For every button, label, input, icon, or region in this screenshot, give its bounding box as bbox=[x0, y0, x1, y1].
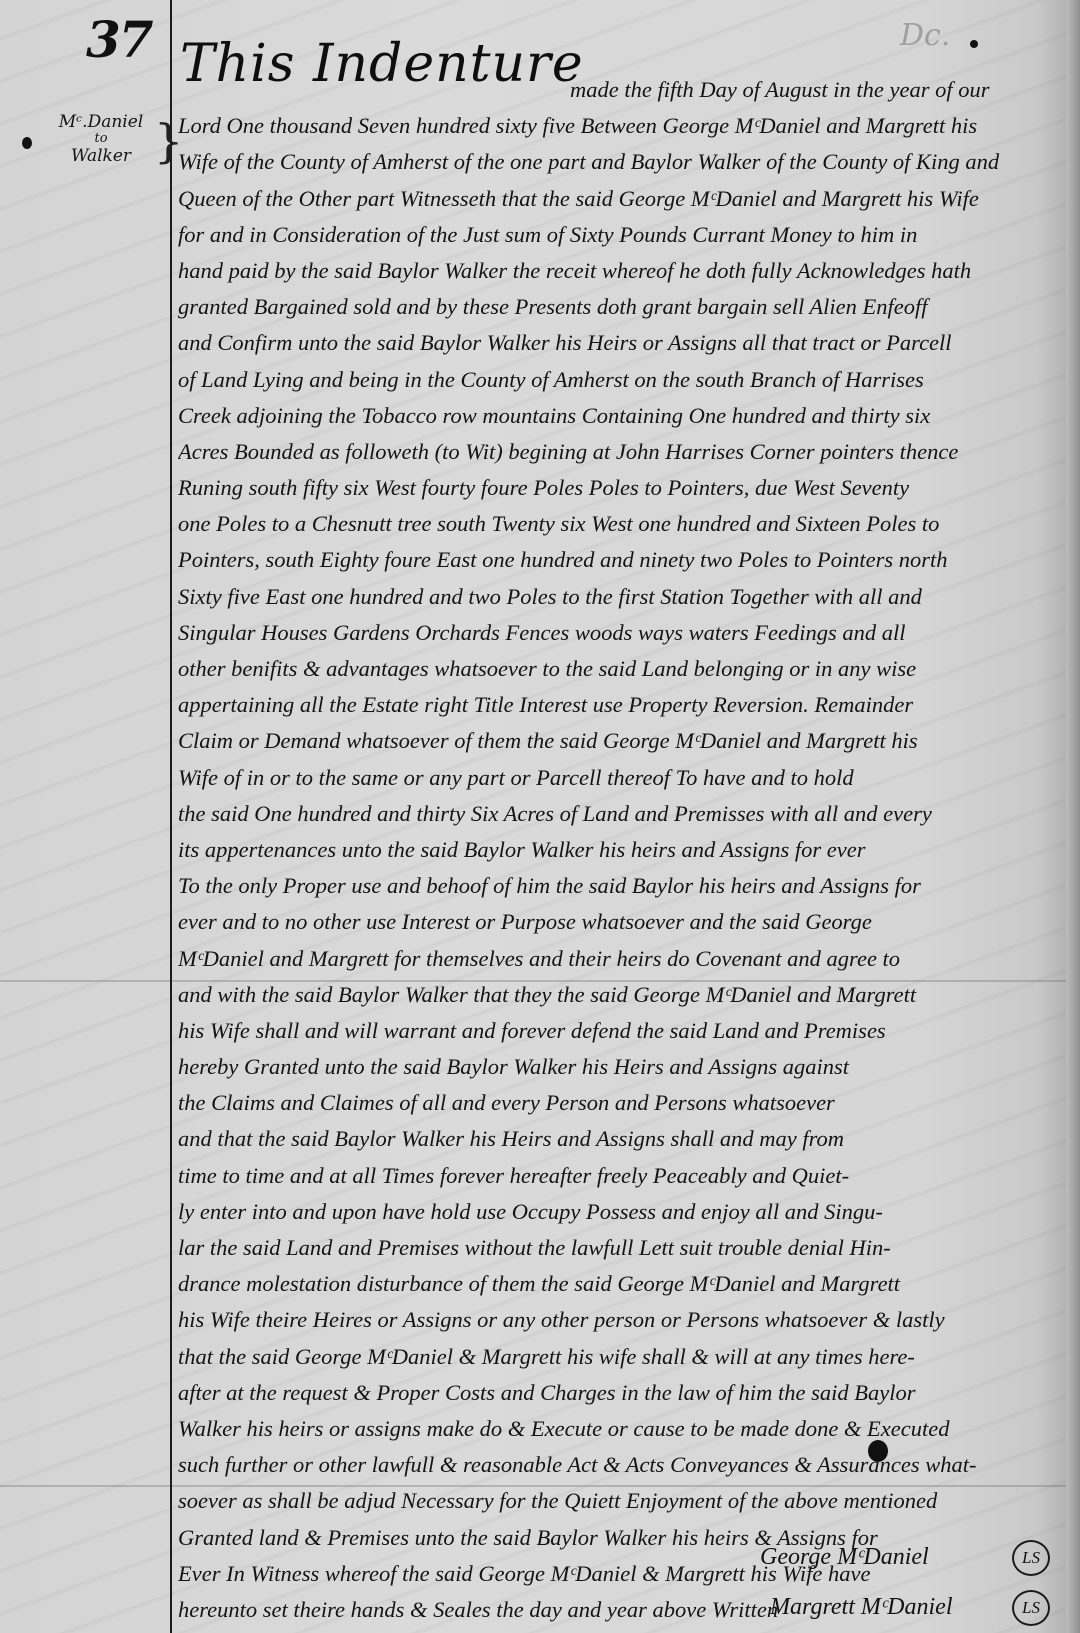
ink-blot bbox=[22, 137, 32, 149]
seal-icon: LS bbox=[1012, 1590, 1050, 1626]
text-line: soever as shall be adjud Necessary for t… bbox=[178, 1483, 1060, 1519]
text-line: Creek adjoining the Tobacco row mountain… bbox=[178, 398, 1060, 434]
text-line: its appertenances unto the said Baylor W… bbox=[178, 832, 1060, 868]
folio-number: 37 bbox=[86, 10, 152, 69]
text-line: after at the request & Proper Costs and … bbox=[178, 1375, 1060, 1411]
text-line: and that the said Baylor Walker his Heir… bbox=[178, 1121, 1060, 1157]
document-page: Dc. 37 Mᶜ.Daniel to Walker } This Indent… bbox=[0, 0, 1080, 1633]
signature-block: George MᶜDaniel LS Margrett MᶜDaniel LS bbox=[760, 1532, 1060, 1632]
text-line: MᶜDaniel and Margrett for themselves and… bbox=[178, 941, 1060, 977]
text-line: Wife of in or to the same or any part or… bbox=[178, 760, 1060, 796]
text-line: granted Bargained sold and by these Pres… bbox=[178, 289, 1060, 325]
text-line: Wife of the County of Amherst of the one… bbox=[178, 144, 1060, 180]
seal-icon: LS bbox=[1012, 1540, 1050, 1576]
text-line: Runing south fifty six West fourty foure… bbox=[178, 470, 1060, 506]
text-line: Pointers, south Eighty foure East one hu… bbox=[178, 542, 1060, 578]
text-line: To the only Proper use and behoof of him… bbox=[178, 868, 1060, 904]
text-line: his Wife theire Heires or Assigns or any… bbox=[178, 1302, 1060, 1338]
text-line: lar the said Land and Premises without t… bbox=[178, 1230, 1060, 1266]
text-line: hand paid by the said Baylor Walker the … bbox=[178, 253, 1060, 289]
text-line: appertaining all the Estate right Title … bbox=[178, 687, 1060, 723]
text-line: his Wife shall and will warrant and fore… bbox=[178, 1013, 1060, 1049]
ink-blot bbox=[868, 1440, 888, 1462]
text-line: Acres Bounded as followeth (to Wit) begi… bbox=[178, 434, 1060, 470]
text-line: ly enter into and upon have hold use Occ… bbox=[178, 1194, 1060, 1230]
text-line: drance molestation disturbance of them t… bbox=[178, 1266, 1060, 1302]
signature-george: George MᶜDaniel bbox=[760, 1544, 929, 1570]
text-line: Singular Houses Gardens Orchards Fences … bbox=[178, 615, 1060, 651]
text-line: one Poles to a Chesnutt tree south Twent… bbox=[178, 506, 1060, 542]
signature-row: Margrett MᶜDaniel LS bbox=[760, 1582, 1060, 1632]
margin-rule bbox=[170, 0, 172, 1633]
text-line: and Confirm unto the said Baylor Walker … bbox=[178, 325, 1060, 361]
margin-note-to: to bbox=[36, 132, 166, 146]
text-line: other benifits & advantages whatsoever t… bbox=[178, 651, 1060, 687]
page-edge bbox=[1066, 0, 1080, 1633]
deed-text: made the fifth Day of August in the year… bbox=[178, 72, 1060, 1628]
text-line: the said One hundred and thirty Six Acre… bbox=[178, 796, 1060, 832]
text-line: hereby Granted unto the said Baylor Walk… bbox=[178, 1049, 1060, 1085]
text-line: the Claims and Claimes of all and every … bbox=[178, 1085, 1060, 1121]
signature-margrett: Margrett MᶜDaniel bbox=[770, 1594, 953, 1620]
text-line: for and in Consideration of the Just sum… bbox=[178, 217, 1060, 253]
margin-note-grantee: Walker bbox=[36, 146, 166, 166]
text-line: that the said George MᶜDaniel & Margrett… bbox=[178, 1339, 1060, 1375]
faint-stamp: Dc. bbox=[900, 18, 950, 53]
text-line: ever and to no other use Interest or Pur… bbox=[178, 904, 1060, 940]
text-line: Queen of the Other part Witnesseth that … bbox=[178, 181, 1060, 217]
margin-note-grantor: Mᶜ.Daniel bbox=[36, 112, 166, 132]
signature-row: George MᶜDaniel LS bbox=[760, 1532, 1060, 1582]
text-line: Sixty five East one hundred and two Pole… bbox=[178, 579, 1060, 615]
text-line: of Land Lying and being in the County of… bbox=[178, 362, 1060, 398]
text-line: Walker his heirs or assigns make do & Ex… bbox=[178, 1411, 1060, 1447]
text-line: Claim or Demand whatsoever of them the s… bbox=[178, 723, 1060, 759]
text-line: time to time and at all Times forever he… bbox=[178, 1158, 1060, 1194]
text-line: and with the said Baylor Walker that the… bbox=[178, 977, 1060, 1013]
ink-blot bbox=[970, 40, 978, 48]
text-line: such further or other lawfull & reasonab… bbox=[178, 1447, 1060, 1483]
margin-note: Mᶜ.Daniel to Walker } bbox=[36, 112, 166, 166]
text-line: made the fifth Day of August in the year… bbox=[178, 72, 1060, 108]
text-line: Lord One thousand Seven hundred sixty fi… bbox=[178, 108, 1060, 144]
